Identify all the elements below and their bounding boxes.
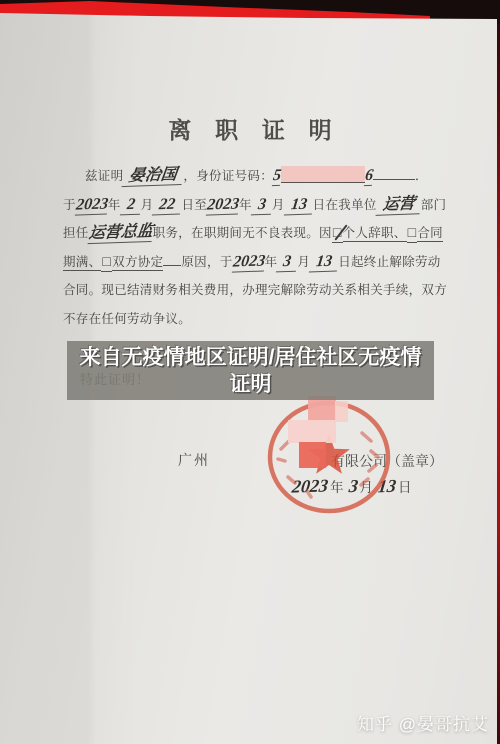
- text-segment: 22: [152, 195, 182, 215]
- text-segment: 2: [119, 195, 141, 215]
- text-segment: 合同: [417, 223, 443, 242]
- text-segment: 2023: [75, 195, 109, 215]
- text-segment: 原因，于: [181, 252, 232, 270]
- text-segment: 合同。现已结清财务相关费用，办理完解除劳动关系相关手续，双方: [63, 280, 447, 298]
- zhihu-watermark: 知乎 @晏哥抗艾: [357, 710, 489, 735]
- text-segment: 个人辞职、: [343, 223, 407, 242]
- text-segment: 2023: [206, 195, 240, 215]
- text-segment: [281, 166, 365, 183]
- censor-block-light-small: [335, 401, 348, 422]
- text-segment: 部门: [421, 195, 447, 213]
- issuer-city: 广州: [178, 450, 210, 470]
- text-segment: 日在我单位: [313, 195, 377, 213]
- text-segment: 兹证明: [85, 166, 123, 184]
- text-segment: □: [101, 255, 112, 272]
- text-segment: 月: [272, 195, 285, 213]
- text-segment: 3: [251, 195, 273, 215]
- text-segment: □: [332, 226, 343, 243]
- text-segment: 6: [364, 167, 374, 186]
- text-segment: 期满、: [63, 252, 101, 271]
- text-segment: 5: [272, 167, 282, 186]
- text-segment: [163, 265, 181, 266]
- doc-line: 期满、□双方协定原因，于2023年3月13日起终止解除劳动: [63, 248, 441, 277]
- text-segment: [373, 179, 415, 180]
- doc-line: 于2023年2月22日至2023年3月13日在我单位运营部门: [63, 191, 441, 220]
- text-segment: □: [407, 226, 418, 243]
- text-segment: 担任: [63, 223, 89, 241]
- text-segment: 年: [239, 195, 252, 213]
- caption-overlay: 来自无疫情地区证明/居住社区无疫情证明: [67, 341, 434, 400]
- doc-line: 兹证明晏治国，身份证号码：56．: [63, 162, 441, 191]
- text-segment: 日: [398, 476, 412, 496]
- doc-body-lines: 兹证明晏治国，身份证号码：56．于2023年2月22日至2023年3月13日在我…: [63, 162, 441, 334]
- text-segment: 双方协定: [112, 252, 163, 271]
- doc-line: 合同。现已结清财务相关费用，办理完解除劳动关系相关手续，双方: [63, 276, 441, 305]
- text-segment: 13: [284, 195, 314, 215]
- censor-block-light: [288, 420, 336, 443]
- text-segment: 13: [309, 252, 339, 272]
- caption-text: 来自无疫情地区证明/居住社区无疫情证明: [78, 344, 424, 398]
- text-segment: 月: [297, 252, 310, 270]
- doc-line: 不存在任何劳动争议。: [63, 305, 441, 334]
- text-segment: 2023: [231, 252, 265, 272]
- text-segment: 年: [108, 195, 121, 213]
- doc-line: 担任运营总监职务，在职期间无不良表现。因□个人辞职、□合同: [63, 219, 441, 248]
- text-segment: 晏治国: [122, 161, 185, 187]
- document-title: 离 职 证 明: [0, 112, 500, 145]
- text-segment: 运营: [375, 190, 422, 216]
- text-segment: 日起终止解除劳动: [338, 252, 440, 270]
- photo-of-resignation-certificate: 离 职 证 明 兹证明晏治国，身份证号码：56．于2023年2月22日至2023…: [0, 0, 500, 744]
- text-segment: 日至: [181, 195, 207, 213]
- text-segment: 职务，在职期间无不良表现。因: [153, 223, 332, 241]
- text-segment: 运营总监: [87, 218, 154, 244]
- text-segment: ，身份证号码：: [183, 166, 273, 184]
- text-segment: 3: [276, 252, 298, 272]
- censor-block-deep: [299, 442, 326, 468]
- text-segment: ．: [415, 166, 428, 184]
- text-segment: 于: [63, 195, 76, 213]
- text-segment: 不存在任何劳动争议。: [63, 309, 191, 327]
